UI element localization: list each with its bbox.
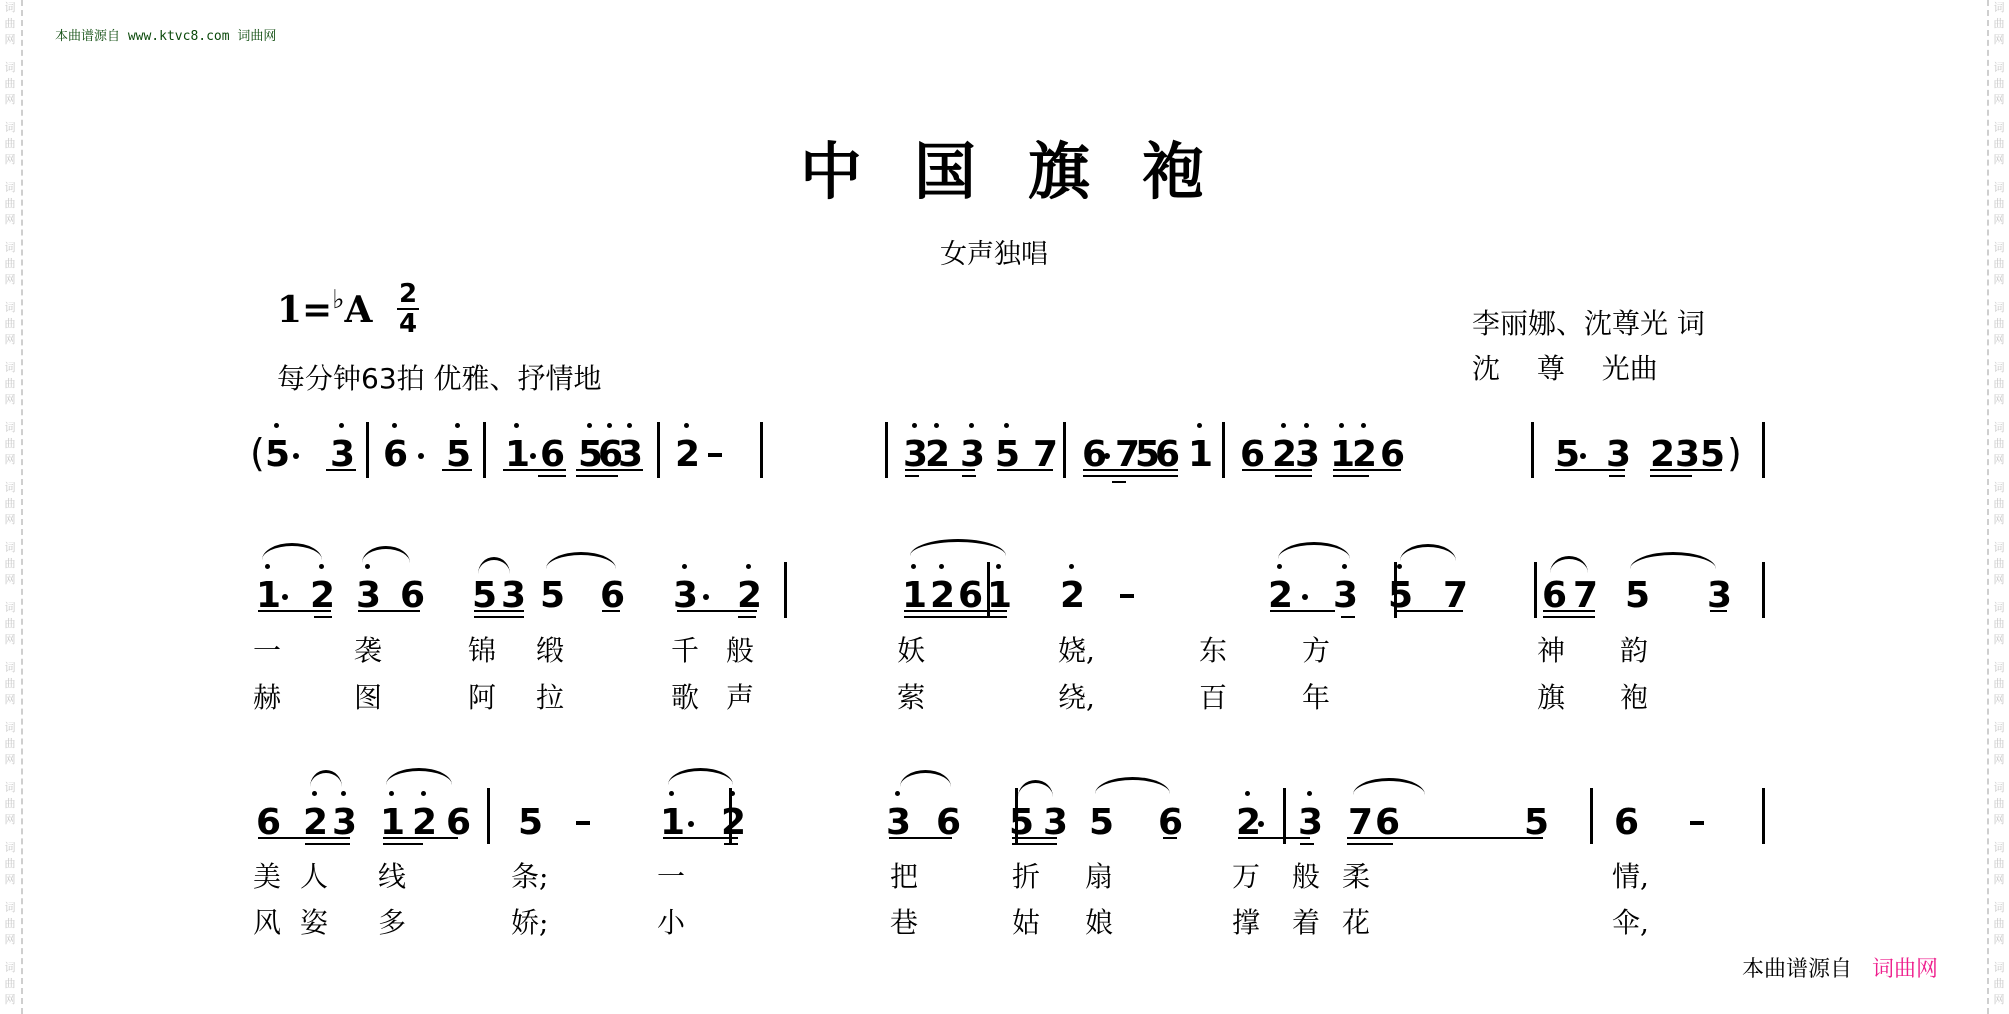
note: 1 <box>1330 437 1352 473</box>
augmentation-dot <box>1580 453 1586 459</box>
watermark-char: 词 <box>3 240 17 255</box>
note: 5 <box>1700 437 1722 473</box>
note: 3 <box>618 437 640 473</box>
slur <box>1630 552 1716 569</box>
watermark-char: 网 <box>3 392 17 407</box>
beat-underline <box>1543 616 1595 618</box>
right-margin-divider <box>1987 0 1989 1014</box>
lyric-syllable: 般 <box>726 636 754 666</box>
watermark-char: 词 <box>3 480 17 495</box>
sustain-dash <box>576 821 590 825</box>
beat-underline <box>1083 475 1178 477</box>
watermark-char: 网 <box>1992 572 2006 587</box>
note: 6 <box>600 578 622 614</box>
watermark-char: 曲 <box>1992 976 2006 991</box>
note: 2 <box>930 578 952 614</box>
lyric-syllable: 风 <box>253 908 281 938</box>
note: 6 <box>1155 437 1177 473</box>
beat-underline <box>904 610 1007 612</box>
lyric-syllable: 扇 <box>1085 862 1113 892</box>
watermark-char: 词 <box>1992 720 2006 735</box>
watermark-char: 曲 <box>1992 736 2006 751</box>
lyric-syllable: 着 <box>1292 908 1320 938</box>
watermark-char: 词 <box>3 720 17 735</box>
lyric-syllable: 阿 <box>468 683 496 713</box>
beat-underline <box>576 469 643 471</box>
slur <box>310 770 342 787</box>
note: 3 <box>332 805 354 841</box>
octave-dot <box>969 423 974 428</box>
note: 1 <box>256 578 278 614</box>
lyric-syllable: 锦 <box>468 636 496 666</box>
watermark-char: 曲 <box>3 16 17 31</box>
note: 3 <box>1298 805 1320 841</box>
note: 1 <box>902 578 924 614</box>
watermark-char: 曲 <box>1992 556 2006 571</box>
watermark-char: 曲 <box>3 436 17 451</box>
beat-underline <box>1012 837 1057 839</box>
watermark-char: 网 <box>1992 932 2006 947</box>
octave-dot <box>341 791 346 796</box>
key-prefix: 1= <box>277 289 332 331</box>
note: 2 <box>925 437 947 473</box>
lyric-syllable: 姑 <box>1012 908 1040 938</box>
octave-dot <box>627 423 632 428</box>
note: 6 <box>540 437 562 473</box>
bar-line <box>1222 422 1225 478</box>
beat-underline <box>1300 843 1314 845</box>
watermark-char: 网 <box>3 692 17 707</box>
key-signature: 1=♭A <box>277 285 372 331</box>
beat-underline <box>576 475 618 477</box>
watermark-char: 曲 <box>1992 196 2006 211</box>
octave-dot <box>1281 423 1286 428</box>
time-denominator: 4 <box>396 310 420 338</box>
sustain-dash <box>1690 821 1704 825</box>
watermark-char: 词 <box>1992 900 2006 915</box>
watermark-char: 曲 <box>3 256 17 271</box>
lyric-syllable: 般 <box>1292 862 1320 892</box>
octave-dot <box>1069 564 1074 569</box>
note: 3 <box>886 805 908 841</box>
note: 3 <box>356 578 378 614</box>
time-signature: 2 4 <box>396 280 420 338</box>
watermark-char: 词 <box>1992 540 2006 555</box>
repeat-paren: ( <box>250 434 265 472</box>
beat-underline <box>1275 475 1312 477</box>
octave-dot <box>682 564 687 569</box>
note: 3 <box>903 437 925 473</box>
lyric-syllable: 情, <box>1612 862 1649 892</box>
lyricist-credit: 李丽娜、沈尊光 词 <box>1472 302 1705 342</box>
watermark-char: 曲 <box>3 496 17 511</box>
note: 5 <box>446 437 468 473</box>
lyric-syllable: 姿 <box>300 908 328 938</box>
watermark-char: 网 <box>1992 92 2006 107</box>
watermark-char: 曲 <box>1992 496 2006 511</box>
note: 2 <box>737 578 759 614</box>
watermark-char: 网 <box>1992 632 2006 647</box>
bar-line <box>1063 422 1066 478</box>
beat-underline <box>358 610 420 612</box>
note: 5 <box>578 437 600 473</box>
watermark-char: 词 <box>1992 240 2006 255</box>
lyric-syllable: 一 <box>253 636 281 666</box>
octave-dot <box>895 791 900 796</box>
lyric-syllable: 缎 <box>536 636 564 666</box>
lyric-syllable: 图 <box>354 683 382 713</box>
watermark-char: 网 <box>3 512 17 527</box>
beat-underline <box>258 837 350 839</box>
watermark-char: 曲 <box>1992 136 2006 151</box>
lyric-syllable: 人 <box>300 862 328 892</box>
beat-underline <box>905 469 975 471</box>
source-link[interactable]: 本曲谱源自 www.ktvc8.com 词曲网 <box>55 25 276 44</box>
lyric-syllable: 歌 <box>671 683 699 713</box>
lyric-syllable: 赫 <box>253 683 281 713</box>
watermark-char: 词 <box>3 300 17 315</box>
lyric-syllable: 万 <box>1232 862 1260 892</box>
watermark-char: 词 <box>3 900 17 915</box>
watermark-char: 网 <box>3 332 17 347</box>
bar-line <box>760 422 763 478</box>
beat-underline <box>889 837 952 839</box>
note: 1 <box>505 437 527 473</box>
beat-underline <box>1395 610 1463 612</box>
watermark-char: 曲 <box>1992 76 2006 91</box>
watermark-char: 网 <box>3 872 17 887</box>
octave-dot <box>996 564 1001 569</box>
lyric-syllable: 拉 <box>536 683 564 713</box>
watermark-char: 词 <box>3 120 17 135</box>
beat-underline <box>1163 837 1177 839</box>
note: 5 <box>1009 805 1031 841</box>
watermark-char: 词 <box>1992 360 2006 375</box>
note: 6 <box>256 805 278 841</box>
note: 3 <box>1333 578 1355 614</box>
note: 2 <box>1272 437 1294 473</box>
augmentation-dot <box>688 821 694 827</box>
slur <box>1400 544 1456 561</box>
watermark-char: 词 <box>1992 60 2006 75</box>
lyric-syllable: 娇; <box>511 908 548 938</box>
watermark-char: 曲 <box>1992 616 2006 631</box>
watermark-char: 网 <box>1992 752 2006 767</box>
octave-dot <box>421 791 426 796</box>
watermark-char: 曲 <box>1992 316 2006 331</box>
watermark-char: 网 <box>1992 512 2006 527</box>
slur <box>546 552 616 569</box>
beat-underline <box>1341 616 1355 618</box>
note: 3 <box>1675 437 1697 473</box>
octave-dot <box>587 423 592 428</box>
watermark-char: 词 <box>1992 660 2006 675</box>
octave-dot <box>1307 791 1312 796</box>
watermark-char: 词 <box>3 360 17 375</box>
watermark-char: 曲 <box>3 796 17 811</box>
lyric-syllable: 娘 <box>1085 908 1113 938</box>
lyric-syllable: 撑 <box>1232 908 1260 938</box>
watermark-char: 词 <box>1992 840 2006 855</box>
note: 6 <box>958 578 980 614</box>
note: 3 <box>960 437 982 473</box>
watermark-char: 曲 <box>1992 376 2006 391</box>
watermark-char: 曲 <box>1992 856 2006 871</box>
octave-dot <box>274 423 279 428</box>
watermark-char: 网 <box>1992 992 2006 1007</box>
tempo-marking: 每分钟63拍 优雅、抒情地 <box>277 357 602 397</box>
octave-dot <box>939 564 944 569</box>
watermark-char: 词 <box>1992 300 2006 315</box>
watermark-char: 曲 <box>3 856 17 871</box>
bar-line <box>483 422 486 478</box>
octave-dot <box>1304 423 1309 428</box>
beat-underline <box>997 469 1053 471</box>
watermark-char: 词 <box>3 840 17 855</box>
note: 3 <box>330 437 352 473</box>
watermark-char: 词 <box>1992 0 2006 15</box>
watermark-char: 网 <box>1992 332 2006 347</box>
lyric-syllable: 多 <box>378 908 406 938</box>
lyric-syllable: 绕, <box>1058 683 1095 713</box>
octave-dot <box>365 564 370 569</box>
note: 5 <box>1524 805 1546 841</box>
octave-dot <box>730 791 735 796</box>
watermark-char: 词 <box>1992 780 2006 795</box>
bar-line <box>1762 422 1765 478</box>
watermark-char: 网 <box>1992 812 2006 827</box>
beat-underline <box>314 616 332 618</box>
watermark-char: 词 <box>3 780 17 795</box>
note: 5 <box>472 578 494 614</box>
slur <box>910 539 1006 556</box>
octave-dot <box>746 564 751 569</box>
watermark-char: 词 <box>3 660 17 675</box>
song-title: 中国旗袍 <box>800 122 1256 211</box>
watermark-char: 词 <box>1992 420 2006 435</box>
bar-line <box>657 422 660 478</box>
slur <box>1353 778 1425 795</box>
note: 3 <box>1295 437 1317 473</box>
watermark-char: 曲 <box>3 76 17 91</box>
beat-underline <box>1242 469 1312 471</box>
bar-line <box>487 788 490 844</box>
watermark-char: 曲 <box>3 916 17 931</box>
note: 6 <box>1614 805 1636 841</box>
note: 7 <box>1573 578 1595 614</box>
lyric-syllable: 神 <box>1537 636 1565 666</box>
slur <box>386 768 452 785</box>
octave-dot <box>392 423 397 428</box>
lyric-syllable: 方 <box>1302 636 1330 666</box>
watermark-char: 网 <box>1992 872 2006 887</box>
slur <box>362 546 410 563</box>
watermark-char: 网 <box>3 992 17 1007</box>
slur <box>668 768 733 785</box>
note: 6 <box>936 805 958 841</box>
note: 2 <box>303 805 325 841</box>
octave-dot <box>1004 423 1009 428</box>
watermark-char: 曲 <box>1992 796 2006 811</box>
flat-symbol: ♭ <box>332 285 344 315</box>
octave-dot <box>607 423 612 428</box>
watermark-char: 词 <box>1992 600 2006 615</box>
watermark-char: 曲 <box>1992 916 2006 931</box>
octave-dot <box>669 791 674 796</box>
footer-source: 本曲谱源自词曲网 <box>1742 952 1938 983</box>
beat-underline <box>538 475 566 477</box>
note: 5 <box>1625 578 1647 614</box>
note: 2 <box>675 437 697 473</box>
composer-credit: 沈 尊 光曲 <box>1472 347 1658 387</box>
beat-underline <box>1238 837 1310 839</box>
beat-underline <box>1347 837 1543 839</box>
note: 7 <box>1348 805 1370 841</box>
note: 6 <box>1082 437 1104 473</box>
lyric-syllable: 伞, <box>1612 908 1649 938</box>
bar-line <box>885 422 888 478</box>
octave-dot <box>1245 791 1250 796</box>
beat-underline <box>738 616 756 618</box>
note: 5 <box>265 437 287 473</box>
lyric-syllable: 一 <box>657 862 685 892</box>
octave-dot <box>684 423 689 428</box>
octave-dot <box>455 423 460 428</box>
repeat-paren: ) <box>1727 434 1742 472</box>
lyric-syllable: 美 <box>253 862 281 892</box>
note: 1 <box>660 805 682 841</box>
note: 3 <box>1043 805 1065 841</box>
note: 6 <box>1542 578 1564 614</box>
watermark-char: 网 <box>3 452 17 467</box>
augmentation-dot <box>418 453 424 459</box>
note: 3 <box>1606 437 1628 473</box>
watermark-char: 网 <box>3 812 17 827</box>
watermark-char: 网 <box>3 932 17 947</box>
slur <box>1018 780 1053 797</box>
beat-underline <box>1609 475 1625 477</box>
watermark-char: 曲 <box>1992 676 2006 691</box>
note: 1 <box>987 578 1009 614</box>
watermark-char: 网 <box>3 152 17 167</box>
watermark-char: 曲 <box>3 736 17 751</box>
right-watermark-column: 词曲网词曲网词曲网词曲网词曲网词曲网词曲网词曲网词曲网词曲网词曲网词曲网词曲网词… <box>1992 0 2006 1014</box>
note: 2 <box>1352 437 1374 473</box>
watermark-char: 网 <box>1992 392 2006 407</box>
note: 2 <box>310 578 332 614</box>
watermark-char: 词 <box>1992 180 2006 195</box>
left-margin-divider <box>21 0 23 1014</box>
beat-underline <box>305 843 350 845</box>
watermark-char: 曲 <box>3 676 17 691</box>
watermark-char: 网 <box>3 212 17 227</box>
beat-underline <box>962 475 976 477</box>
bar-line <box>366 422 369 478</box>
bar-line <box>1762 562 1765 618</box>
note: 6 <box>446 805 468 841</box>
beat-underline <box>1710 610 1727 612</box>
beat-underline <box>904 616 1007 618</box>
lyric-syllable: 花 <box>1342 908 1370 938</box>
watermark-char: 网 <box>1992 212 2006 227</box>
augmentation-dot <box>282 594 288 600</box>
note: 2 <box>721 805 743 841</box>
lyric-syllable: 韵 <box>1620 636 1648 666</box>
watermark-char: 曲 <box>3 196 17 211</box>
note: 6 <box>1380 437 1402 473</box>
note: 1 <box>1188 437 1210 473</box>
lyric-syllable: 袭 <box>354 636 382 666</box>
note: 6 <box>1375 805 1397 841</box>
beat-underline <box>326 469 356 471</box>
beat-underline <box>1333 475 1369 477</box>
bar-line <box>1590 788 1593 844</box>
octave-dot <box>319 564 324 569</box>
lyric-syllable: 妖 <box>897 636 925 666</box>
note: 7 <box>1115 437 1137 473</box>
beat-underline <box>1112 481 1126 483</box>
note: 5 <box>518 805 540 841</box>
watermark-char: 网 <box>3 92 17 107</box>
footer-brand-link[interactable]: 词曲网 <box>1872 957 1938 982</box>
note: 5 <box>995 437 1017 473</box>
lyric-syllable: 条; <box>511 862 548 892</box>
beat-underline <box>1650 475 1692 477</box>
octave-dot <box>1277 564 1282 569</box>
note: 5 <box>1135 437 1157 473</box>
note: 5 <box>1089 805 1111 841</box>
note: 5 <box>1555 437 1577 473</box>
lyric-syllable: 巷 <box>890 908 918 938</box>
watermark-char: 词 <box>1992 120 2006 135</box>
lyric-syllable: 线 <box>378 862 406 892</box>
bar-line <box>1283 788 1286 844</box>
watermark-char: 网 <box>1992 32 2006 47</box>
lyric-syllable: 百 <box>1199 683 1227 713</box>
bar-line <box>1762 788 1765 844</box>
slur <box>900 770 951 787</box>
octave-dot <box>514 423 519 428</box>
augmentation-dot <box>293 453 299 459</box>
augmentation-dot <box>1104 453 1110 459</box>
lyric-syllable: 小 <box>657 908 685 938</box>
bar-line <box>784 562 787 618</box>
bar-line <box>1534 562 1537 618</box>
note: 6 <box>383 437 405 473</box>
beat-underline <box>602 610 620 612</box>
watermark-char: 曲 <box>3 376 17 391</box>
lyric-syllable: 声 <box>726 683 754 713</box>
watermark-char: 曲 <box>3 616 17 631</box>
watermark-char: 词 <box>3 60 17 75</box>
note: 1 <box>380 805 402 841</box>
octave-dot <box>339 423 344 428</box>
watermark-char: 曲 <box>3 556 17 571</box>
beat-underline <box>1543 610 1595 612</box>
octave-dot <box>911 564 916 569</box>
watermark-char: 词 <box>3 180 17 195</box>
beat-underline <box>503 469 566 471</box>
watermark-char: 网 <box>1992 452 2006 467</box>
lyric-syllable: 娆, <box>1058 636 1095 666</box>
lyric-syllable: 折 <box>1012 862 1040 892</box>
note: 3 <box>1707 578 1729 614</box>
watermark-char: 网 <box>1992 692 2006 707</box>
note: 5 <box>1388 578 1410 614</box>
note: 7 <box>1443 578 1465 614</box>
beat-underline <box>442 469 472 471</box>
slur <box>1550 556 1588 573</box>
